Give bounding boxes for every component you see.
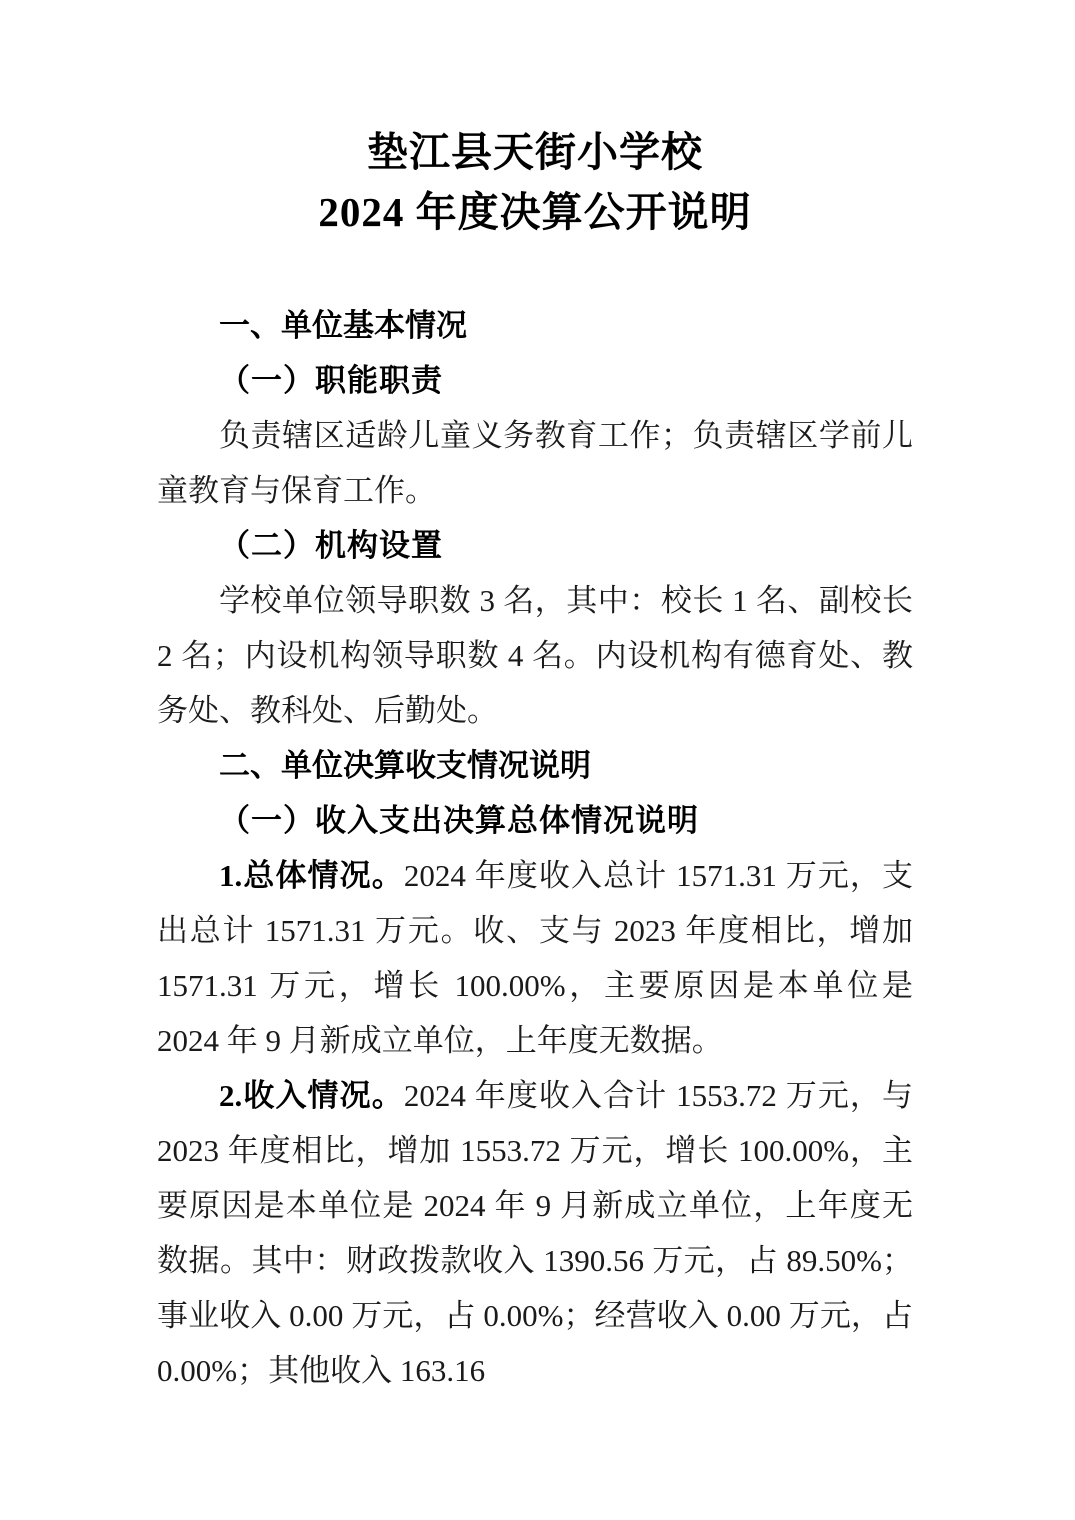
subheading-income-expense-overview: （一）收入支出决算总体情况说明 xyxy=(157,793,913,848)
document-page: 垫江县天街小学校 2024 年度决算公开说明 一、单位基本情况 （一）职能职责 … xyxy=(0,0,1075,1520)
paragraph-overall-situation: 1.总体情况。2024 年度收入总计 1571.31 万元，支出总计 1571.… xyxy=(157,848,913,1068)
paragraph-org-structure: 学校单位领导职数 3 名，其中：校长 1 名、副校长 2 名；内设机构领导职数 … xyxy=(157,573,913,738)
document-title-line1: 垫江县天街小学校 xyxy=(157,122,913,182)
subheading-org-structure: （二）机构设置 xyxy=(157,518,913,573)
paragraph-duties: 负责辖区适龄儿童义务教育工作；负责辖区学前儿童教育与保育工作。 xyxy=(157,408,913,518)
paragraph-income-text: 2024 年度收入合计 1553.72 万元，与 2023 年度相比，增加 15… xyxy=(157,1078,913,1388)
heading-unit-basic-info: 一、单位基本情况 xyxy=(157,298,913,353)
paragraph-income-lead: 2.收入情况。 xyxy=(219,1078,404,1113)
document-title: 垫江县天街小学校 2024 年度决算公开说明 xyxy=(157,122,913,242)
document-title-line2: 2024 年度决算公开说明 xyxy=(157,182,913,242)
paragraph-overall-lead: 1.总体情况。 xyxy=(219,858,404,893)
subheading-duties: （一）职能职责 xyxy=(157,353,913,408)
document-content: 垫江县天街小学校 2024 年度决算公开说明 一、单位基本情况 （一）职能职责 … xyxy=(157,122,913,1398)
heading-budget-statement: 二、单位决算收支情况说明 xyxy=(157,738,913,793)
document-body: 一、单位基本情况 （一）职能职责 负责辖区适龄儿童义务教育工作；负责辖区学前儿童… xyxy=(157,298,913,1398)
paragraph-income-situation: 2.收入情况。2024 年度收入合计 1553.72 万元，与 2023 年度相… xyxy=(157,1068,913,1398)
